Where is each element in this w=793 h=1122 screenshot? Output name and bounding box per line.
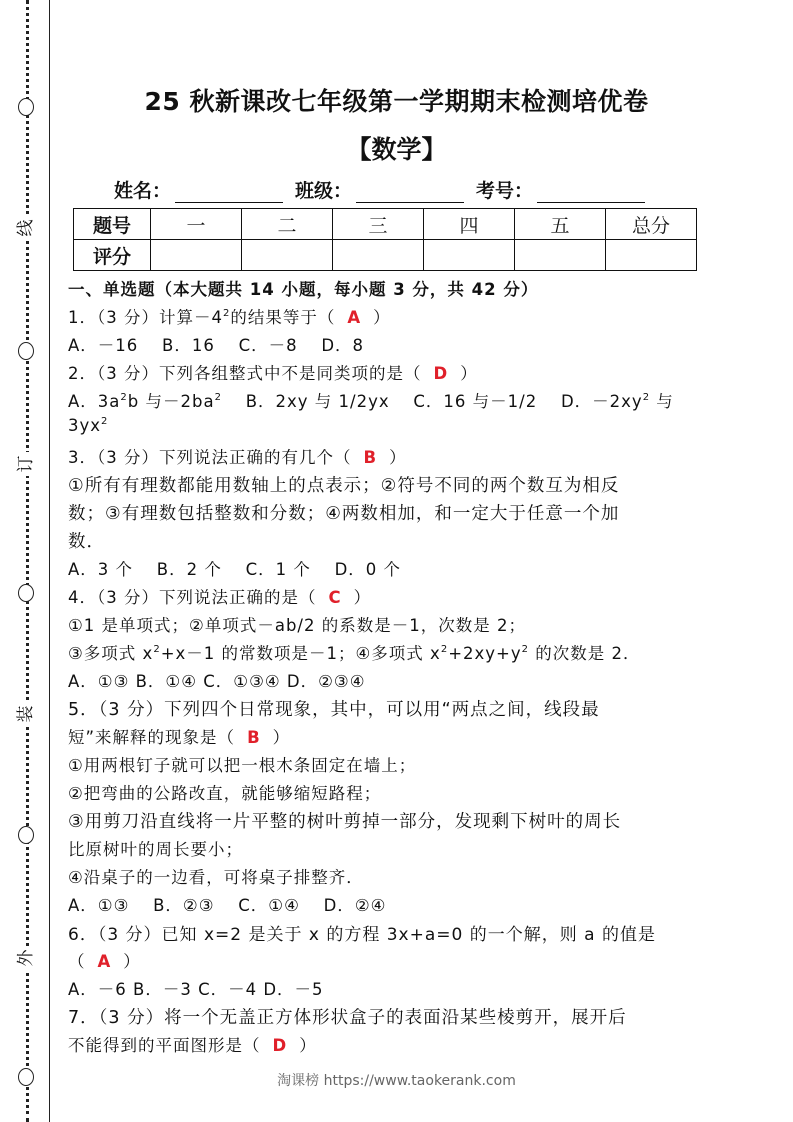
option-text: A．3a [68, 392, 120, 411]
option-text: 3yx [68, 416, 101, 435]
question-5-stem-cont: 短”来解释的现象是（B） [68, 724, 290, 748]
question-7-stem: 7．（3 分）将一个无盖正方体形状盒子的表面沿某些棱剪开，展开后 [68, 1004, 627, 1029]
name-field[interactable] [175, 178, 283, 203]
student-info: 姓名： 班级： 考号： [114, 176, 645, 203]
body-text: ③多项式 x [68, 644, 153, 663]
superscript: 2 [643, 392, 650, 403]
question-2-options-cont: 3yx2 [68, 416, 108, 435]
stem-text: 1．（3 分）计算－4 [68, 308, 223, 327]
binding-char-ding: 订 [14, 452, 38, 476]
answer: A [335, 308, 373, 327]
binding-circle-icon [18, 584, 34, 602]
question-6-options: A．－6 B．－3 C．－4 D．－5 [68, 976, 324, 1000]
option-text: B．2xy 与 1/2yx C．16 与－1/2 D．－2xy [222, 392, 643, 411]
stem-text: ） [123, 952, 141, 971]
col-header: 四 [424, 209, 515, 240]
question-1-stem: 1．（3 分）计算－42的结果等于（A） [68, 304, 391, 328]
exam-title: 25 秋新课改七年级第一学期期末检测培优卷 [0, 82, 793, 118]
score-table: 题号 一 二 三 四 五 总分 评分 [73, 208, 697, 271]
binding-margin: 线 订 装 外 [0, 0, 50, 1122]
body-text: +x－1 的常数项是－1；④多项式 x [161, 644, 441, 663]
answer: C [317, 588, 354, 607]
col-header: 五 [515, 209, 606, 240]
question-5-body: ③用剪刀沿直线将一片平整的树叶剪掉一部分，发现剩下树叶的周长 [68, 808, 621, 833]
table-row: 评分 [74, 240, 697, 271]
score-cell[interactable] [242, 240, 333, 271]
superscript: 2 [120, 392, 127, 403]
stem-text: 不能得到的平面图形是（ [68, 1036, 261, 1055]
question-5-body: ④沿桌子的一边看，可将桌子排整齐． [68, 864, 364, 888]
question-4-stem: 4．（3 分）下列说法正确的是（C） [68, 584, 371, 608]
stem-text: ） [460, 364, 478, 383]
row-head-question-no: 题号 [74, 209, 151, 240]
class-label: 班级： [295, 176, 352, 203]
question-5-stem: 5．（3 分）下列四个日常现象，其中，可以用“两点之间，线段最 [68, 696, 600, 721]
stem-text: ） [299, 1036, 317, 1055]
binding-char-xian: 线 [14, 216, 38, 240]
option-text: 与 [650, 392, 674, 411]
stem-text: （ [68, 952, 86, 971]
name-label: 姓名： [114, 176, 171, 203]
question-4-options: A．①③ B．①④ C．①③④ D．②③④ [68, 668, 366, 692]
superscript: 2 [522, 644, 529, 655]
question-4-body: ①1 是单项式；②单项式－ab/2 的系数是－1，次数是 2； [68, 612, 526, 636]
score-cell[interactable] [606, 240, 697, 271]
answer: B [235, 728, 273, 747]
exam-subject: 【数学】 [0, 130, 793, 166]
col-header: 一 [151, 209, 242, 240]
col-header: 总分 [606, 209, 697, 240]
row-head-score: 评分 [74, 240, 151, 271]
binding-char-zhuang: 装 [14, 702, 38, 726]
question-6-stem: 6．（3 分）已知 x=2 是关于 x 的方程 3x+a=0 的一个解，则 a … [68, 920, 656, 945]
score-cell[interactable] [424, 240, 515, 271]
option-text: b 与－2ba [128, 392, 215, 411]
stem-text: 4．（3 分）下列说法正确的是（ [68, 588, 317, 607]
question-3-stem: 3．（3 分）下列说法正确的有几个（B） [68, 444, 407, 468]
margin-rule [49, 0, 50, 1122]
question-3-body: 数；③有理数包括整数和分数；④两数相加，和一定大于任意一个加 [68, 500, 619, 525]
exam-number-field[interactable] [537, 178, 645, 203]
col-header: 二 [242, 209, 333, 240]
answer: A [86, 952, 124, 971]
stem-text: 2．（3 分）下列各组整式中不是同类项的是（ [68, 364, 422, 383]
question-5-body: ②把弯曲的公路改直，就能够缩短路程； [68, 780, 381, 804]
stem-text: ） [373, 308, 391, 327]
question-5-options: A．①③ B．②③ C．①④ D．②④ [68, 892, 386, 916]
score-cell[interactable] [515, 240, 606, 271]
stem-text: ） [389, 448, 407, 467]
answer: B [352, 448, 390, 467]
answer: D [422, 364, 461, 383]
question-2-options: A．3a2b 与－2ba2 B．2xy 与 1/2yx C．16 与－1/2 D… [68, 388, 674, 412]
score-cell[interactable] [151, 240, 242, 271]
stem-text: ） [273, 728, 291, 747]
binding-circle-icon [18, 826, 34, 844]
question-3-body: 数． [68, 528, 105, 553]
question-7-stem-cont: 不能得到的平面图形是（D） [68, 1032, 317, 1056]
table-row: 题号 一 二 三 四 五 总分 [74, 209, 697, 240]
binding-circle-icon [18, 342, 34, 360]
binding-char-wai: 外 [14, 946, 38, 970]
question-5-body: ①用两根钉子就可以把一根木条固定在墙上； [68, 752, 416, 776]
answer: D [261, 1036, 300, 1055]
question-1-options: A．－16 B．16 C．－8 D．8 [68, 332, 364, 356]
stem-text: 的结果等于（ [230, 308, 335, 327]
exam-number-label: 考号： [476, 176, 533, 203]
question-4-body: ③多项式 x2+x－1 的常数项是－1；④多项式 x2+2xy+y2 的次数是 … [68, 640, 641, 664]
question-5-body: 比原树叶的周长要小； [68, 836, 243, 860]
question-3-options: A．3 个 B．2 个 C．1 个 D．0 个 [68, 556, 401, 580]
superscript: 2 [153, 644, 160, 655]
footer-watermark: 淘课榜 https://www.taokerank.com [0, 1070, 793, 1090]
stem-text: 3．（3 分）下列说法正确的有几个（ [68, 448, 352, 467]
class-field[interactable] [356, 178, 464, 203]
score-cell[interactable] [333, 240, 424, 271]
col-header: 三 [333, 209, 424, 240]
superscript: 2 [215, 392, 222, 403]
question-3-body: ①所有有理数都能用数轴上的点表示；②符号不同的两个数互为相反 [68, 472, 619, 497]
superscript: 2 [101, 416, 108, 427]
body-text: +2xy+y [448, 644, 521, 663]
question-6-stem-cont: （A） [68, 948, 141, 972]
stem-text: ） [354, 588, 372, 607]
section-title: 一、单选题（本大题共 14 小题，每小题 3 分，共 42 分） [68, 276, 538, 300]
question-2-stem: 2．（3 分）下列各组整式中不是同类项的是（D） [68, 360, 478, 384]
body-text: 的次数是 2． [529, 644, 641, 663]
stem-text: 短”来解释的现象是（ [68, 728, 235, 747]
